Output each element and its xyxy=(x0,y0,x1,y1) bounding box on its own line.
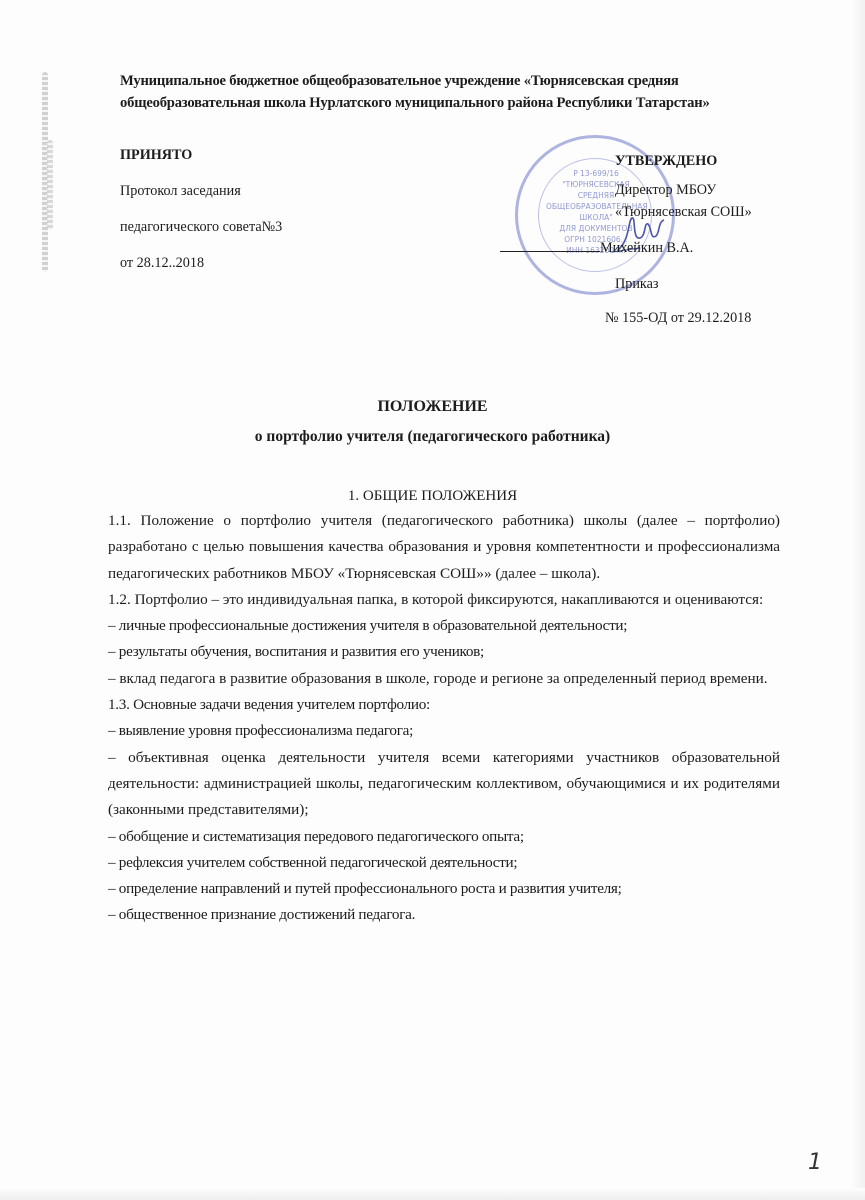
list-item: – результаты обучения, воспитания и разв… xyxy=(108,639,780,665)
approved-order-label: Приказ xyxy=(615,273,752,295)
accepted-council: педагогического совета№3 xyxy=(120,215,282,239)
section-heading: 1. ОБЩИЕ ПОЛОЖЕНИЯ xyxy=(0,488,865,505)
binding-thread-knot xyxy=(47,140,53,230)
approved-school: «Тюрнясевская СОШ» xyxy=(615,201,752,223)
accepted-date: от 28.12..2018 xyxy=(120,251,282,275)
scanned-document-page: Муниципальное бюджетное общеобразователь… xyxy=(0,0,865,1200)
paragraph: 1.2. Портфолио – это индивидуальная папк… xyxy=(108,587,780,613)
approved-position: Директор МБОУ xyxy=(615,179,752,201)
approved-signatory: Михейкин В.А. xyxy=(600,240,693,256)
list-item: – объективная оценка деятельности учител… xyxy=(108,745,780,824)
approved-title: УТВЕРЖДЕНО xyxy=(615,150,752,172)
document-title: ПОЛОЖЕНИЕ xyxy=(0,398,865,416)
list-item: – личные профессиональные достижения учи… xyxy=(108,613,780,639)
paragraph: 1.1. Положение о портфолио учителя (педа… xyxy=(108,508,780,587)
approved-block: УТВЕРЖДЕНО Директор МБОУ «Тюрнясевская С… xyxy=(615,150,752,329)
list-item: – обобщение и систематизация передового … xyxy=(108,824,780,850)
list-item: – рефлексия учителем собственной педагог… xyxy=(108,850,780,876)
document-subtitle: о портфолио учителя (педагогического раб… xyxy=(0,428,865,446)
accepted-block: ПРИНЯТО Протокол заседания педагогическо… xyxy=(120,143,282,287)
page-edge-shadow-bottom xyxy=(0,1188,865,1200)
list-item: – выявление уровня профессионализма педа… xyxy=(108,718,780,744)
signature-underline xyxy=(500,237,600,252)
list-item: – определение направлений и путей профес… xyxy=(108,876,780,902)
organization-header: Муниципальное бюджетное общеобразователь… xyxy=(120,70,800,114)
page-number: 1 xyxy=(808,1150,822,1175)
accepted-protocol: Протокол заседания xyxy=(120,179,282,203)
signature-line: Михейкин В.А. xyxy=(500,237,752,259)
paragraph: 1.3. Основные задачи ведения учителем по… xyxy=(108,692,780,718)
document-body: 1.1. Положение о портфолио учителя (педа… xyxy=(108,508,780,929)
list-item: – общественное признание достижений педа… xyxy=(108,902,780,928)
list-item: – вклад педагога в развитие образования … xyxy=(108,666,780,692)
approved-order-number: № 155-ОД от 29.12.2018 xyxy=(605,307,752,329)
accepted-title: ПРИНЯТО xyxy=(120,143,282,167)
page-edge-shadow xyxy=(851,0,865,1200)
